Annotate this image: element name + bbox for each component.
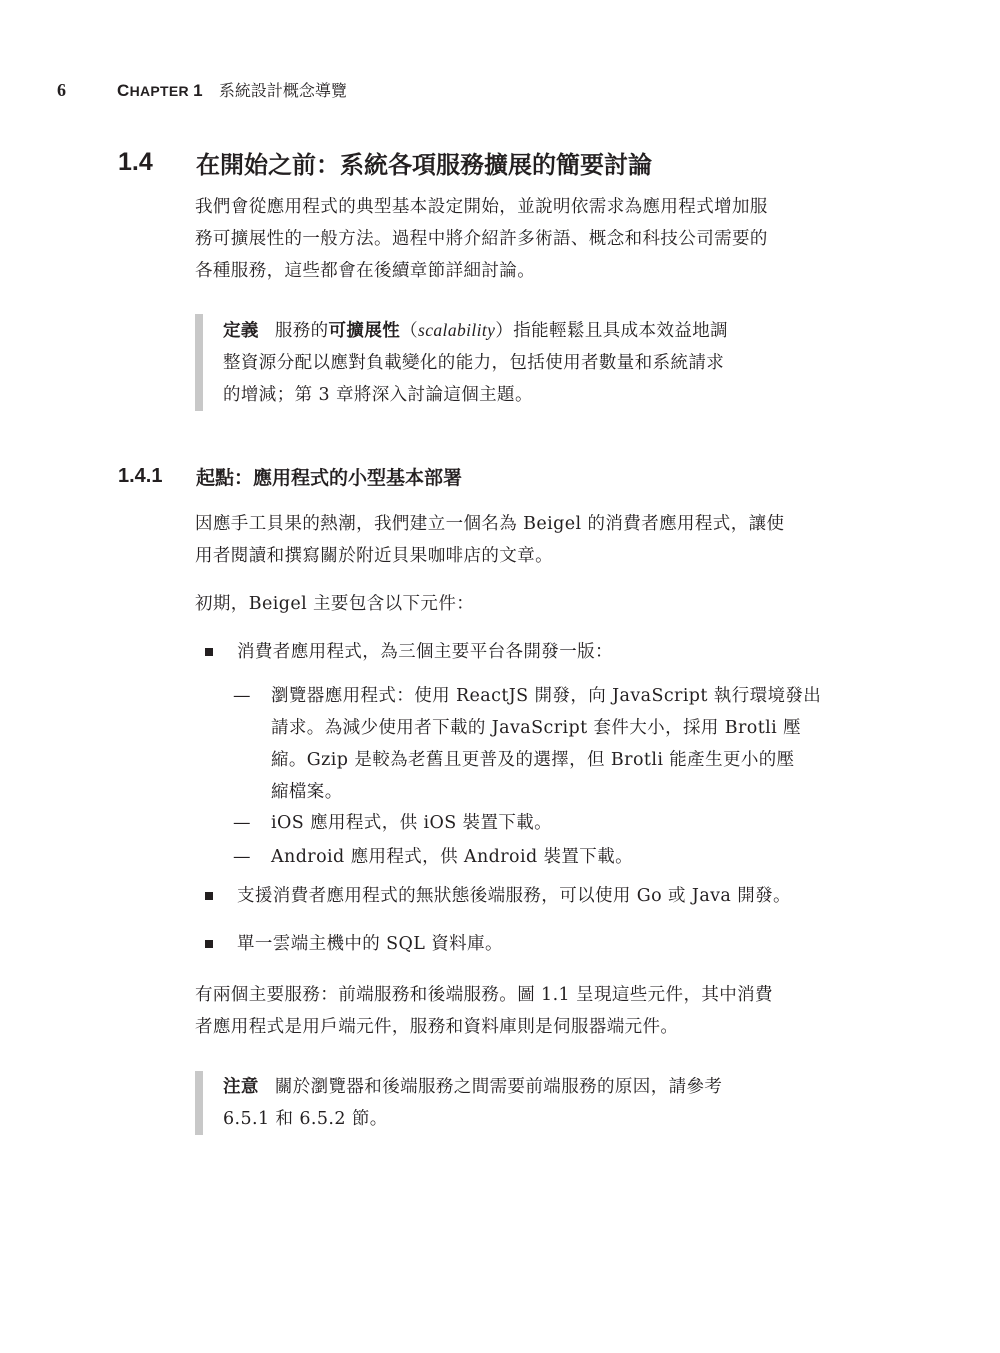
key-term: 可擴展性 (329, 321, 401, 341)
em-dash-icon: — (233, 680, 271, 808)
chapter-label: CHAPTER 1 (117, 81, 203, 101)
sub-list-item: — iOS 應用程式，供 iOS 裝置下載。 (233, 807, 893, 839)
sub-list-item: — 瀏覽器應用程式：使用 ReactJS 開發，向 JavaScript 執行環… (233, 680, 893, 808)
list-item: 單一雲端主機中的 SQL 資料庫。 (205, 928, 895, 960)
running-header: 6 CHAPTER 1 系統設計概念導覽 (57, 78, 347, 102)
em-dash-icon: — (233, 807, 271, 839)
summary-paragraph: 有兩個主要服務：前端服務和後端服務。圖 1.1 呈現這些元件，其中消費 者應用程… (195, 979, 890, 1043)
chapter-title: 系統設計概念導覽 (219, 78, 347, 101)
section-title: 在開始之前：系統各項服務擴展的簡要討論 (196, 145, 652, 180)
section-heading: 1.4 在開始之前：系統各項服務擴展的簡要討論 (118, 145, 652, 180)
sub-list-item: — Android 應用程式，供 Android 裝置下載。 (233, 841, 893, 873)
list-item: 消費者應用程式，為三個主要平台各開發一版： (205, 636, 895, 668)
bullet-square-icon (205, 928, 237, 960)
paragraph-components-intro: 初期，Beigel 主要包含以下元件： (195, 588, 890, 620)
intro-paragraph: 我們會從應用程式的典型基本設定開始，並說明依需求為應用程式增加服 務可擴展性的一… (195, 191, 890, 287)
page-number: 6 (57, 80, 117, 101)
caution-note: 注意關於瀏覽器和後端服務之間需要前端服務的原因，請參考 6.5.1 和 6.5.… (195, 1071, 883, 1135)
bullet-square-icon (205, 636, 237, 668)
em-dash-icon: — (233, 841, 271, 873)
note-tag: 注意 (223, 1077, 259, 1097)
bullet-square-icon (205, 880, 237, 912)
section-number: 1.4 (118, 148, 196, 177)
subsection-heading: 1.4.1 起點：應用程式的小型基本部署 (118, 463, 462, 490)
note-tag: 定義 (223, 321, 259, 341)
list-item: 支援消費者應用程式的無狀態後端服務，可以使用 Go 或 Java 開發。 (205, 880, 895, 912)
subsection-title: 起點：應用程式的小型基本部署 (196, 463, 462, 490)
definition-note: 定義服務的可擴展性（scalability）指能輕鬆且具成本效益地調 整資源分配… (195, 314, 883, 411)
paragraph-beigel-intro: 因應手工貝果的熱潮，我們建立一個名為 Beigel 的消費者應用程式，讓使 用者… (195, 508, 890, 572)
subsection-number: 1.4.1 (118, 465, 196, 488)
key-term-english: scalability (418, 320, 495, 340)
